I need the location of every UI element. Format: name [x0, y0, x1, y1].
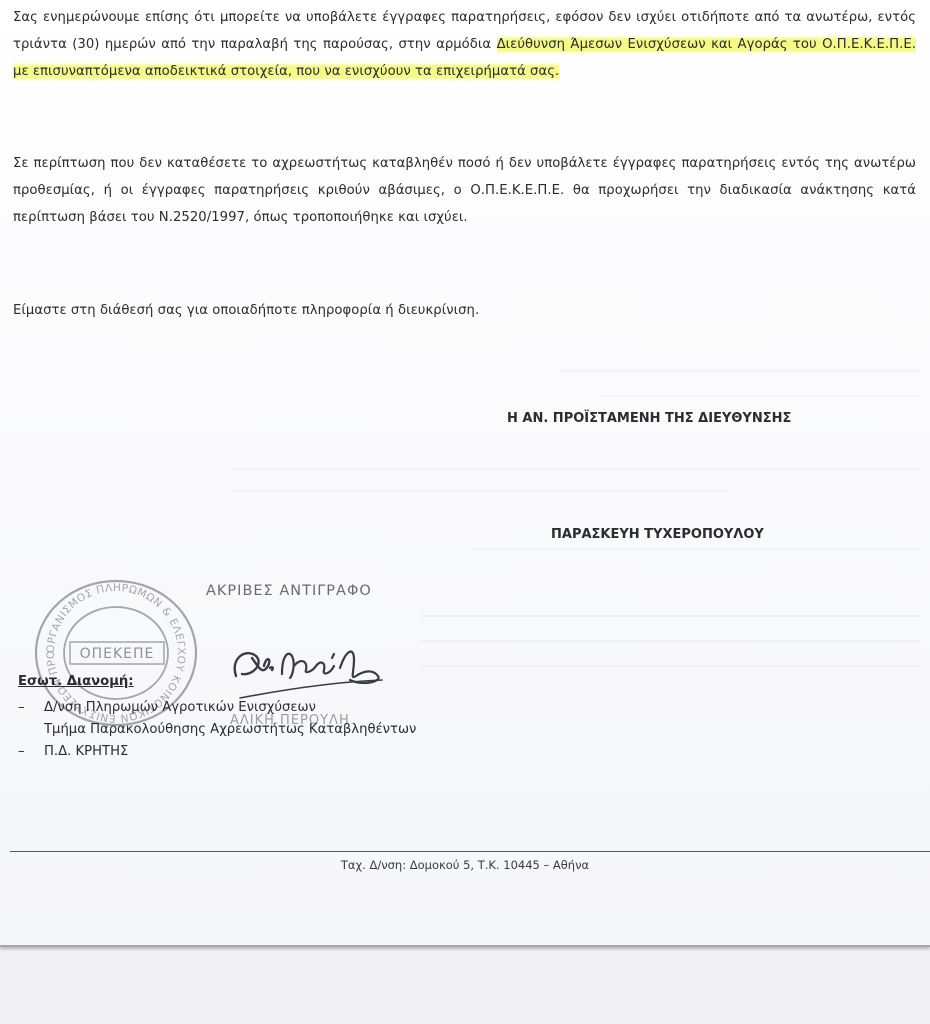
paragraph-availability: Είμαστε στη διάθεσή σας για οποιαδήποτε …: [13, 297, 916, 324]
handwritten-signature-icon: [222, 636, 392, 706]
bleed-through-line: [420, 615, 920, 617]
bullet-dash: –: [18, 697, 44, 719]
bleed-through-line: [420, 665, 920, 667]
signatory-name: ΠΑΡΑΣΚΕΥΗ ΤΥΧΕΡΟΠΟΥΛΟΥ: [551, 527, 764, 542]
stamp-center-text: ΟΠΕΚΕΠΕ: [80, 646, 155, 662]
paragraph-recovery-procedure: Σε περίπτωση που δεν καταθέσετε το αχρεω…: [13, 150, 916, 231]
footer-address: Ταχ. Δ/νση: Δομοκού 5, Τ.Κ. 10445 – Αθήν…: [0, 858, 930, 872]
bleed-through-line: [600, 395, 920, 397]
bleed-through-line: [470, 548, 920, 550]
certified-copy-label: ΑΚΡΙΒΕΣ ΑΝΤΙΓΡΑΦΟ: [206, 583, 372, 599]
distribution-recipient-department: Τμήμα Παρακολούθησης Αχρεωστήτως Καταβλη…: [18, 719, 416, 741]
distribution-recipient: Δ/νση Πληρωμών Αγροτικών Ενισχύσεων: [44, 697, 316, 719]
bleed-through-line: [230, 490, 730, 492]
bleed-through-line: [560, 370, 920, 372]
internal-distribution-list: – Δ/νση Πληρωμών Αγροτικών Ενισχύσεων Τμ…: [18, 697, 416, 763]
distribution-recipient: Π.Δ. ΚΡΗΤΗΣ: [44, 741, 128, 763]
bleed-through-line: [420, 640, 920, 642]
scanned-document-page: Σας ενημερώνουμε επίσης ότι μπορείτε να …: [0, 0, 930, 947]
bleed-through-line: [230, 468, 920, 470]
signatory-title: Η ΑΝ. ΠΡΟΪΣΤΑΜΕΝΗ ΤΗΣ ΔΙΕΥΘΥΝΣΗΣ: [507, 411, 791, 426]
footer-divider: [10, 851, 930, 852]
list-item: – Δ/νση Πληρωμών Αγροτικών Ενισχύσεων: [18, 697, 416, 719]
paragraph-written-observations: Σας ενημερώνουμε επίσης ότι μπορείτε να …: [13, 4, 916, 85]
bullet-dash: –: [18, 741, 44, 763]
internal-distribution-title: Εσωτ. Διανομή:: [18, 674, 134, 689]
list-item: – Π.Δ. ΚΡΗΤΗΣ: [18, 741, 416, 763]
